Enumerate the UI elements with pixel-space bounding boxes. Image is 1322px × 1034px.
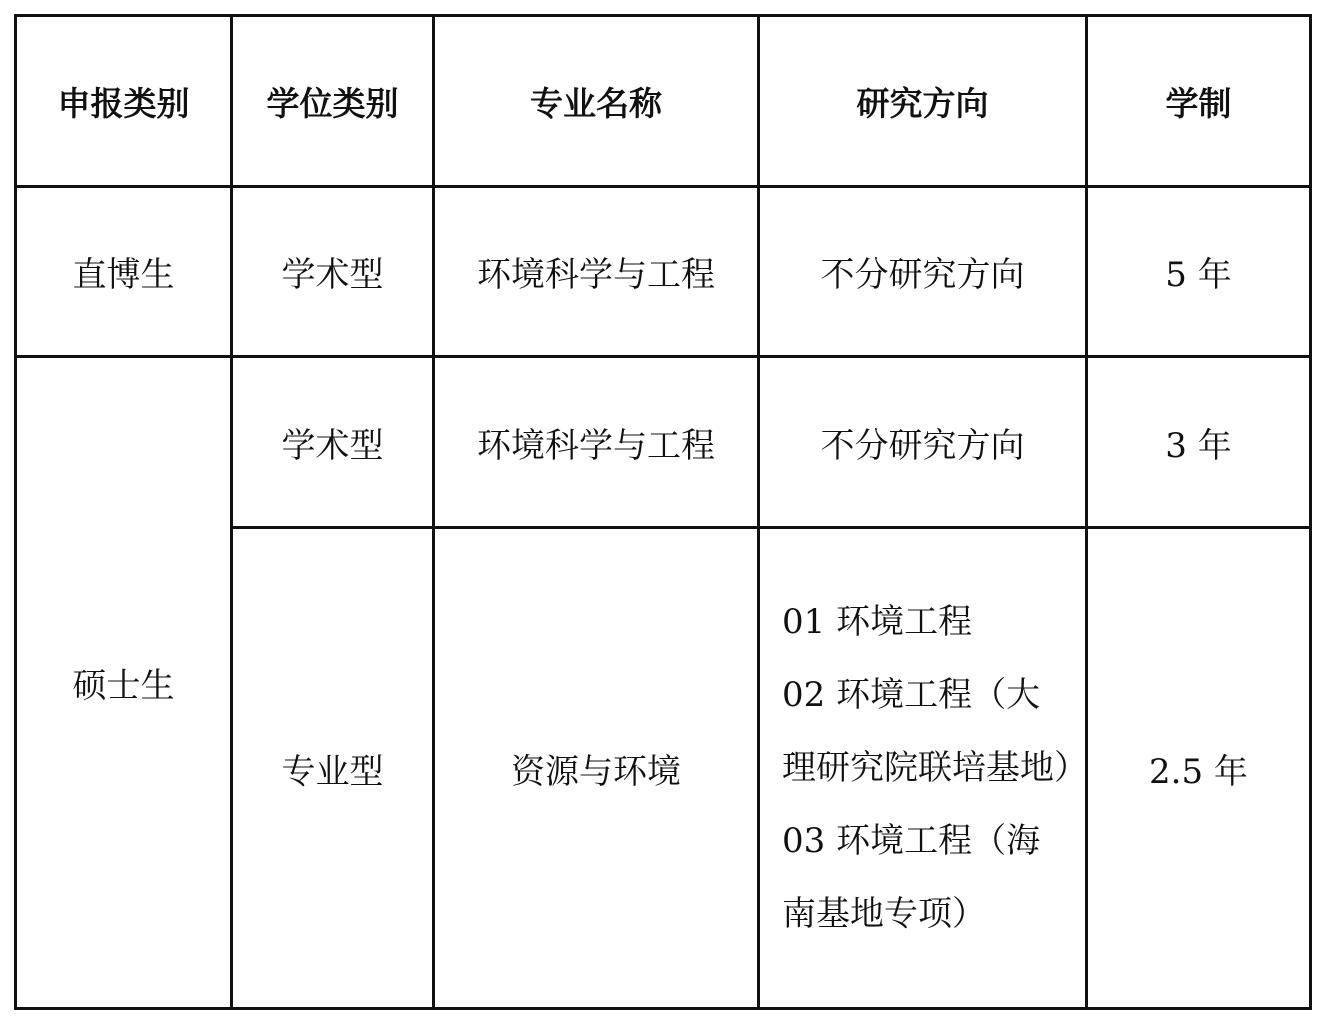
header-degree-type: 学位类别 bbox=[232, 16, 434, 187]
cell-directions: 01 环境工程 02 环境工程（大理研究院联培基地） 03 环境工程（海南基地专… bbox=[759, 528, 1087, 1009]
table-row: 直博生 学术型 环境科学与工程 不分研究方向 5 年 bbox=[16, 187, 1311, 357]
cell-degree-type: 学术型 bbox=[232, 187, 434, 357]
cell-direction: 不分研究方向 bbox=[759, 187, 1087, 357]
cell-category: 硕士生 bbox=[16, 357, 232, 1009]
header-row: 申报类别 学位类别 专业名称 研究方向 学制 bbox=[16, 16, 1311, 187]
program-table: 申报类别 学位类别 专业名称 研究方向 学制 直博生 学术型 环境科学与工程 不… bbox=[14, 14, 1312, 1010]
cell-major: 资源与环境 bbox=[434, 528, 759, 1009]
cell-direction: 不分研究方向 bbox=[759, 357, 1087, 528]
cell-duration: 2.5 年 bbox=[1087, 528, 1311, 1009]
header-major: 专业名称 bbox=[434, 16, 759, 187]
header-direction: 研究方向 bbox=[759, 16, 1087, 187]
header-category: 申报类别 bbox=[16, 16, 232, 187]
header-duration: 学制 bbox=[1087, 16, 1311, 187]
table-row: 硕士生 学术型 环境科学与工程 不分研究方向 3 年 bbox=[16, 357, 1311, 528]
direction-item: 02 环境工程（大理研究院联培基地） bbox=[782, 659, 1071, 805]
cell-major: 环境科学与工程 bbox=[434, 357, 759, 528]
cell-degree-type: 专业型 bbox=[232, 528, 434, 1009]
cell-category: 直博生 bbox=[16, 187, 232, 357]
cell-duration: 3 年 bbox=[1087, 357, 1311, 528]
direction-item: 03 环境工程（海南基地专项） bbox=[782, 805, 1071, 951]
cell-degree-type: 学术型 bbox=[232, 357, 434, 528]
cell-major: 环境科学与工程 bbox=[434, 187, 759, 357]
cell-duration: 5 年 bbox=[1087, 187, 1311, 357]
direction-item: 01 环境工程 bbox=[782, 586, 1071, 659]
